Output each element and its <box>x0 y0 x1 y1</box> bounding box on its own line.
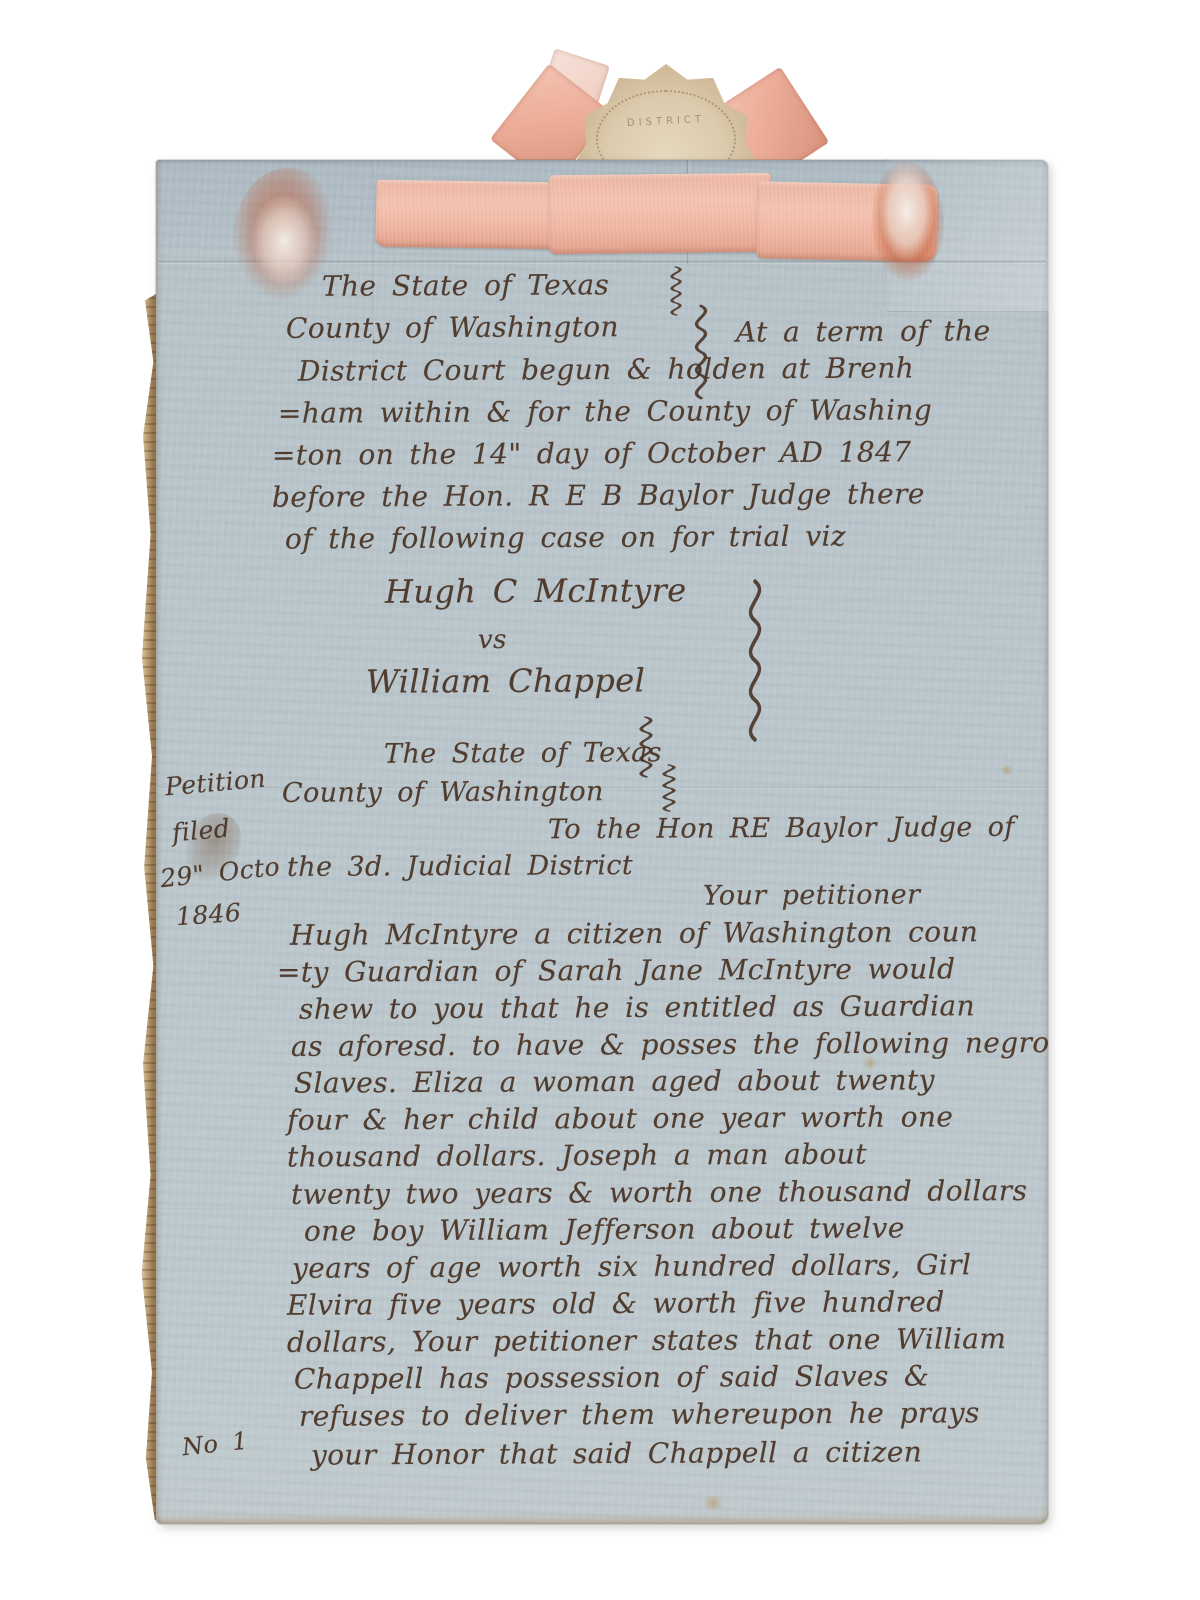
foxing-spot <box>700 1496 726 1510</box>
manuscript-line: County of Washington <box>286 313 619 343</box>
ribbon-segment-middle <box>549 173 772 254</box>
manuscript-line: Hugh McIntyre a citizen of Washington co… <box>290 918 978 950</box>
manuscript-line: =ton on the 14" day of October AD 1847 <box>272 438 912 469</box>
manuscript-line: shew to you that he is entitled as Guard… <box>299 992 975 1024</box>
manuscript-line: County of Washington <box>282 778 604 807</box>
plaintiff-name: Hugh C McIntyre <box>385 574 687 608</box>
defendant-name: William Chappel <box>366 664 645 697</box>
manuscript-line: years of age worth six hundred dollars, … <box>292 1251 972 1283</box>
manuscript-line: of the following case on for trial viz <box>285 523 846 554</box>
manuscript-line: Slaves. Eliza a woman aged about twenty <box>294 1066 935 1097</box>
manuscript-brace <box>688 304 714 400</box>
manuscript-line: four & her child about one year worth on… <box>287 1103 953 1134</box>
manuscript-line: as aforesd. to have & posses the followi… <box>291 1029 1050 1061</box>
manuscript-line: Your petitioner <box>703 881 921 909</box>
manuscript-line: your Honor that said Chappell a citizen <box>311 1438 922 1469</box>
manuscript-line: Chappell has possession of said Slaves & <box>294 1362 929 1393</box>
manuscript-line: =ham within & for the County of Washing <box>278 396 932 427</box>
manuscript-line: District Court begun & holden at Brenh <box>298 354 914 385</box>
wax-stain-right <box>872 162 944 280</box>
versus-label: vs <box>478 627 507 653</box>
manuscript-line: one boy William Jefferson about twelve <box>304 1214 905 1245</box>
foxing-spot <box>1000 764 1014 776</box>
margin-note-filed: filed <box>171 816 231 846</box>
manuscript-line: the 3d. Judicial District <box>287 852 633 881</box>
manuscript-line: To the Hon RE Baylor Judge of <box>548 814 1015 843</box>
document-photo: DISTRICT The State of TexasCounty of Was… <box>0 0 1200 1600</box>
manuscript-line: At a term of the <box>736 317 991 346</box>
manuscript-brace <box>742 578 768 743</box>
manuscript-brace <box>664 266 688 316</box>
margin-note-filed-year: 1846 <box>175 900 242 929</box>
manuscript-line: twenty two years & worth one thousand do… <box>291 1177 1027 1209</box>
manuscript-line: before the Hon. R E B Baylor Judge there <box>272 480 925 511</box>
manuscript-line: Elvira five years old & worth five hundr… <box>287 1288 945 1319</box>
manuscript-line: The State of Texas <box>322 271 609 301</box>
manuscript-line: The State of Texas <box>384 739 662 767</box>
ribbon-segment-left <box>376 180 563 250</box>
margin-note-case-number: No 1 <box>181 1429 249 1460</box>
manuscript-line: refuses to deliver them whereupon he pra… <box>299 1399 980 1431</box>
manuscript-line: =ty Guardian of Sarah Jane McIntyre woul… <box>277 955 955 987</box>
manuscript-line: thousand dollars. Joseph a man about <box>287 1140 867 1171</box>
manuscript-brace <box>655 764 683 812</box>
manuscript-line: dollars, Your petitioner states that one… <box>287 1325 1006 1357</box>
